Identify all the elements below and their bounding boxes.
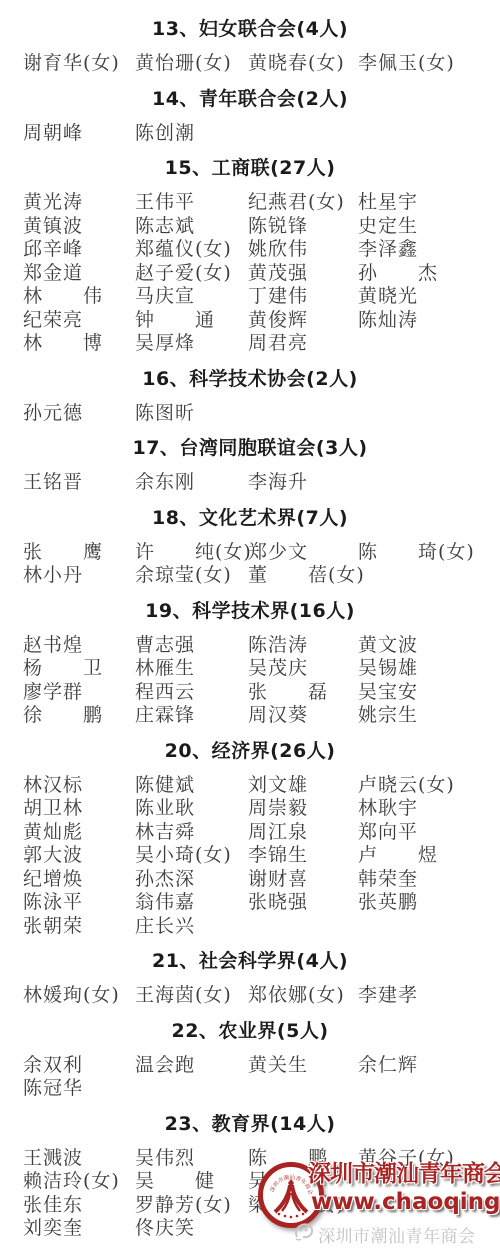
member-name: 陈业耿 (135, 797, 248, 821)
member-name: 王铭晋 (23, 471, 135, 495)
section: 19、科学技术界(16人)赵书煌曹志强陈浩涛黄文波杨 卫林雁生吴茂庆吴锡雄廖学群… (0, 599, 500, 728)
member-name: 郭大波 (23, 844, 135, 868)
member-name: 马庆宣 (135, 285, 248, 309)
member-name: 赵书煌 (23, 634, 135, 658)
member-name: 王海茵(女) (135, 984, 248, 1008)
member-name: 庄霖锋 (135, 704, 248, 728)
member-row: 林小丹余琼莹(女)董 蓓(女) (0, 564, 500, 588)
document-page: 13、妇女联合会(4人)谢育华(女)黄怡珊(女)黄晓春(女)李佩玉(女)14、青… (0, 0, 500, 1249)
member-row: 黄光涛王伟平纪燕君(女)杜星宇 (0, 191, 500, 215)
member-name: 林 伟 (23, 285, 135, 309)
member-name: 王伟平 (135, 191, 248, 215)
member-row: 胡卫林陈业耿周崇毅林耿宇 (0, 797, 500, 821)
member-name: 许 纯(女) (135, 541, 248, 565)
member-row: 郭大波吴小琦(女)李锦生卢 煜 (0, 844, 500, 868)
member-name: 郑少文 (248, 541, 358, 565)
member-name: 孙元德 (23, 402, 135, 426)
member-name: 陈图昕 (135, 402, 248, 426)
member-name: 孙 杰 (358, 262, 500, 286)
member-name: 张朝荣 (23, 915, 135, 939)
member-name: 余东刚 (135, 471, 248, 495)
member-name: 黄晓春(女) (248, 52, 358, 76)
member-name: 卢 煜 (358, 844, 500, 868)
member-name: 林汉标 (23, 774, 135, 798)
member-name: 周朝峰 (23, 122, 135, 146)
member-row: 张佳东罗静芳(女)梁 (女) (0, 1194, 500, 1218)
member-name: 余琼莹(女) (135, 564, 248, 588)
member-name: 陈健斌 (135, 774, 248, 798)
member-name: 陈 琦(女) (358, 541, 500, 565)
member-name: 余双利 (23, 1054, 135, 1078)
member-name: 刘文雄 (248, 774, 358, 798)
member-name: 李泽鑫 (358, 238, 500, 262)
section-title: 18、文化艺术界(7人) (0, 506, 500, 530)
member-name: 廖学群 (23, 681, 135, 705)
member-row: 刘奕奎佟庆笑 (0, 1217, 500, 1241)
member-name: 赖洁玲(女) (23, 1170, 135, 1194)
member-row: 王溅波吴伟烈陈 鹏黄谷子(女) (0, 1147, 500, 1171)
member-name: 纪增焕 (23, 868, 135, 892)
member-name: 姚宗生 (358, 704, 500, 728)
member-name: 韩荣奎 (358, 868, 500, 892)
section: 16、科学技术协会(2人)孙元德陈图昕 (0, 367, 500, 426)
section-title: 23、教育界(14人) (0, 1112, 500, 1136)
section: 18、文化艺术界(7人)张 鹰许 纯(女)郑少文陈 琦(女)林小丹余琼莹(女)董… (0, 506, 500, 588)
member-name: 郑金道 (23, 262, 135, 286)
member-name: 陈冠华 (23, 1077, 135, 1101)
member-name: 吴厚烽 (135, 332, 248, 356)
member-row: 杨 卫林雁生吴茂庆吴锡雄 (0, 657, 500, 681)
member-name: 曹志强 (135, 634, 248, 658)
section-title: 21、社会科学界(4人) (0, 949, 500, 973)
member-row: 廖学群程西云张 磊吴宝安 (0, 681, 500, 705)
section: 22、农业界(5人)余双利温会跑黄关生余仁辉陈冠华 (0, 1019, 500, 1101)
member-name: 张佳东 (23, 1194, 135, 1218)
member-name: 翁伟嘉 (135, 891, 248, 915)
member-name: 吴宝安 (358, 681, 500, 705)
member-row: 黄灿彪林吉舜周江泉郑向平 (0, 821, 500, 845)
member-name: 孙杰深 (135, 868, 248, 892)
member-name: 纪荣亮 (23, 309, 135, 333)
member-name: 郑蕴仪(女) (135, 238, 248, 262)
member-name: 张 磊 (248, 681, 358, 705)
member-name: 李海升 (248, 471, 358, 495)
member-row: 陈冠华 (0, 1077, 500, 1101)
member-name: 程西云 (135, 681, 248, 705)
member-name: 罗静芳(女) (135, 1194, 248, 1218)
member-name: 陈 鹏 (248, 1147, 358, 1171)
member-row: 赵书煌曹志强陈浩涛黄文波 (0, 634, 500, 658)
section-title: 20、经济界(26人) (0, 739, 500, 763)
member-name: 林媛珣(女) (23, 984, 135, 1008)
member-name: 杜星宇 (358, 191, 500, 215)
member-row: 张朝荣庄长兴 (0, 915, 500, 939)
member-name: 张 鹰 (23, 541, 135, 565)
member-name: 温会跑 (135, 1054, 248, 1078)
member-row: 徐 鹏庄霖锋周汉葵姚宗生 (0, 704, 500, 728)
member-row: 林汉标陈健斌刘文雄卢晓云(女) (0, 774, 500, 798)
member-row: 邱辛峰郑蕴仪(女)姚欣伟李泽鑫 (0, 238, 500, 262)
member-name: 王溅波 (23, 1147, 135, 1171)
member-row: 林媛珣(女)王海茵(女)郑依娜(女)李建孝 (0, 984, 500, 1008)
section-title: 14、青年联合会(2人) (0, 87, 500, 111)
member-row: 林 博吴厚烽周君亮 (0, 332, 500, 356)
member-name: 林雁生 (135, 657, 248, 681)
member-name: 陈创潮 (135, 122, 248, 146)
member-name: 郑依娜(女) (248, 984, 358, 1008)
member-name: 史定生 (358, 215, 500, 239)
member-name: 赵子爱(女) (135, 262, 248, 286)
member-row: 谢育华(女)黄怡珊(女)黄晓春(女)李佩玉(女) (0, 52, 500, 76)
member-row: 林 伟马庆宣丁建伟黄晓光 (0, 285, 500, 309)
section: 23、教育界(14人)王溅波吴伟烈陈 鹏黄谷子(女)赖洁玲(女)吴 健吴张佳东罗… (0, 1112, 500, 1241)
member-name: 梁 (女) (248, 1194, 358, 1218)
member-row: 黄镇波陈志斌陈锐锋史定生 (0, 215, 500, 239)
member-name: 吴 (248, 1170, 358, 1194)
member-list: 13、妇女联合会(4人)谢育华(女)黄怡珊(女)黄晓春(女)李佩玉(女)14、青… (0, 0, 500, 1241)
member-name: 吴茂庆 (248, 657, 358, 681)
member-name: 黄茂强 (248, 262, 358, 286)
member-name: 黄灿彪 (23, 821, 135, 845)
member-name: 胡卫林 (23, 797, 135, 821)
member-name: 林 博 (23, 332, 135, 356)
member-name: 庄长兴 (135, 915, 248, 939)
member-name: 纪燕君(女) (248, 191, 358, 215)
member-name: 周汉葵 (248, 704, 358, 728)
member-name: 林小丹 (23, 564, 135, 588)
section-title: 13、妇女联合会(4人) (0, 17, 500, 41)
member-row: 陈泳平翁伟嘉张晓强张英鹏 (0, 891, 500, 915)
member-name: 黄文波 (358, 634, 500, 658)
member-name: 卢晓云(女) (358, 774, 500, 798)
member-name: 吴锡雄 (358, 657, 500, 681)
member-name: 张晓强 (248, 891, 358, 915)
member-name: 黄谷子(女) (358, 1147, 500, 1171)
member-name: 钟 通 (135, 309, 248, 333)
member-name: 谢育华(女) (23, 52, 135, 76)
member-row: 赖洁玲(女)吴 健吴 (0, 1170, 500, 1194)
member-name: 周君亮 (248, 332, 358, 356)
member-name: 黄关生 (248, 1054, 358, 1078)
member-name: 董 蓓(女) (248, 564, 358, 588)
section-title: 22、农业界(5人) (0, 1019, 500, 1043)
member-name: 黄镇波 (23, 215, 135, 239)
member-name: 杨 卫 (23, 657, 135, 681)
member-name: 陈志斌 (135, 215, 248, 239)
section-title: 15、工商联(27人) (0, 156, 500, 180)
member-name: 黄俊辉 (248, 309, 358, 333)
member-name: 黄怡珊(女) (135, 52, 248, 76)
member-name: 吴伟烈 (135, 1147, 248, 1171)
section-title: 16、科学技术协会(2人) (0, 367, 500, 391)
member-name: 邱辛峰 (23, 238, 135, 262)
member-name: 徐 鹏 (23, 704, 135, 728)
section-title: 17、台湾同胞联谊会(3人) (0, 436, 500, 460)
member-name: 周崇毅 (248, 797, 358, 821)
member-name: 吴 健 (135, 1170, 248, 1194)
member-name: 李佩玉(女) (358, 52, 500, 76)
section: 13、妇女联合会(4人)谢育华(女)黄怡珊(女)黄晓春(女)李佩玉(女) (0, 17, 500, 76)
member-name: 吴小琦(女) (135, 844, 248, 868)
member-row: 张 鹰许 纯(女)郑少文陈 琦(女) (0, 541, 500, 565)
section: 20、经济界(26人)林汉标陈健斌刘文雄卢晓云(女)胡卫林陈业耿周崇毅林耿宇黄灿… (0, 739, 500, 939)
member-name: 陈浩涛 (248, 634, 358, 658)
member-name: 佟庆笑 (135, 1217, 248, 1241)
member-name: 余仁辉 (358, 1054, 500, 1078)
member-name: 谢财喜 (248, 868, 358, 892)
member-row: 余双利温会跑黄关生余仁辉 (0, 1054, 500, 1078)
member-name: 李建孝 (358, 984, 500, 1008)
member-name: 陈泳平 (23, 891, 135, 915)
member-name: 刘奕奎 (23, 1217, 135, 1241)
section: 21、社会科学界(4人)林媛珣(女)王海茵(女)郑依娜(女)李建孝 (0, 949, 500, 1008)
member-name: 陈锐锋 (248, 215, 358, 239)
member-name: 周江泉 (248, 821, 358, 845)
member-row: 王铭晋余东刚李海升 (0, 471, 500, 495)
section: 15、工商联(27人)黄光涛王伟平纪燕君(女)杜星宇黄镇波陈志斌陈锐锋史定生邱辛… (0, 156, 500, 356)
member-name: 姚欣伟 (248, 238, 358, 262)
member-name: 郑向平 (358, 821, 500, 845)
member-name: 林吉舜 (135, 821, 248, 845)
member-row: 孙元德陈图昕 (0, 402, 500, 426)
member-row: 纪增焕孙杰深谢财喜韩荣奎 (0, 868, 500, 892)
member-name: 黄光涛 (23, 191, 135, 215)
member-name: 陈灿涛 (358, 309, 500, 333)
member-name: 林耿宇 (358, 797, 500, 821)
member-name: 黄晓光 (358, 285, 500, 309)
section: 14、青年联合会(2人)周朝峰陈创潮 (0, 87, 500, 146)
member-row: 郑金道赵子爱(女)黄茂强孙 杰 (0, 262, 500, 286)
section: 17、台湾同胞联谊会(3人)王铭晋余东刚李海升 (0, 436, 500, 495)
member-name: 张英鹏 (358, 891, 500, 915)
member-row: 周朝峰陈创潮 (0, 122, 500, 146)
member-row: 纪荣亮钟 通黄俊辉陈灿涛 (0, 309, 500, 333)
section-title: 19、科学技术界(16人) (0, 599, 500, 623)
member-name: 李锦生 (248, 844, 358, 868)
member-name: 丁建伟 (248, 285, 358, 309)
